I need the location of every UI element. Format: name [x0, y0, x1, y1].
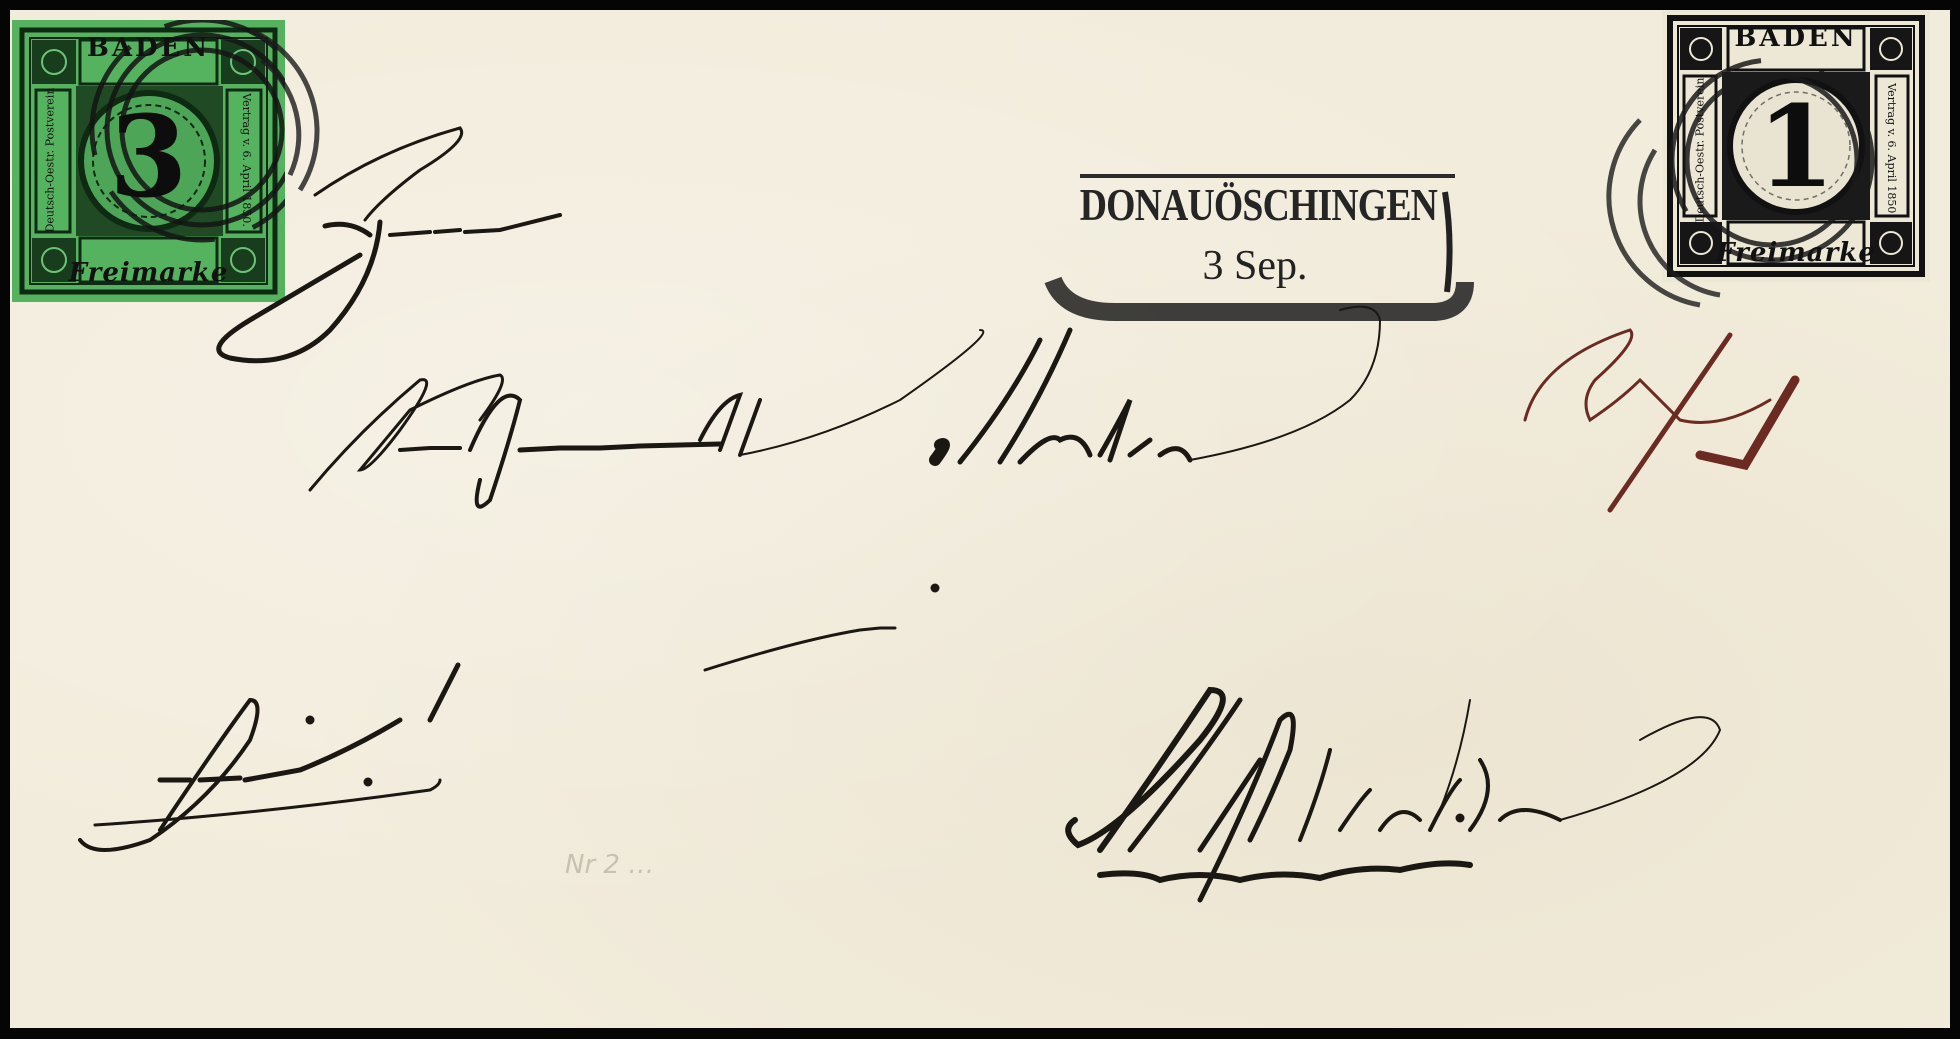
envelope-paper	[10, 10, 1950, 1028]
stamp-side-text-left: Deutsch-Oestr. Postverein	[44, 88, 57, 233]
stamp-bottom-label: Freimarke	[12, 258, 285, 288]
address-salutation: Herrn	[0, 0, 1, 1]
address-preposition: in	[0, 0, 1, 1]
stamp-3-kreuzer-green: BADEN 3 Freimarke Deutsch-Oestr. Postver…	[12, 20, 285, 302]
pencil-note: Nr 2 …	[565, 850, 654, 880]
red-ink-mark: Z 1	[0, 0, 1, 1]
stamp-side-text-right: Vertrag v. 6. April 1850.	[241, 93, 254, 227]
stamp-bottom-label: Freimarke	[1662, 238, 1930, 268]
stamp-side-text-left: Deutsch-Oestr. Postverein	[1694, 78, 1707, 223]
stamp-country-label: BADEN	[12, 33, 285, 63]
stamp-1-kreuzer-black: BADEN 1 Freimarke Deutsch-Oestr. Postver…	[1662, 10, 1930, 282]
address-place: Messkirch.	[0, 0, 1, 1]
stamp-country-label: BADEN	[1662, 23, 1930, 53]
address-title: Rechtsanwalt	[0, 0, 1, 1]
postmark-box: DONAUÖSCHINGEN 3 Sep.	[1035, 162, 1475, 322]
postmark-town: DONAUÖSCHINGEN	[1080, 178, 1433, 231]
postmark-date: 3 Sep.	[1035, 242, 1475, 290]
address-name: Martin	[0, 0, 1, 1]
address-note: frei.	[0, 0, 1, 1]
stamp-side-text-right: Vertrag v. 6. April 1850.	[1886, 83, 1899, 217]
